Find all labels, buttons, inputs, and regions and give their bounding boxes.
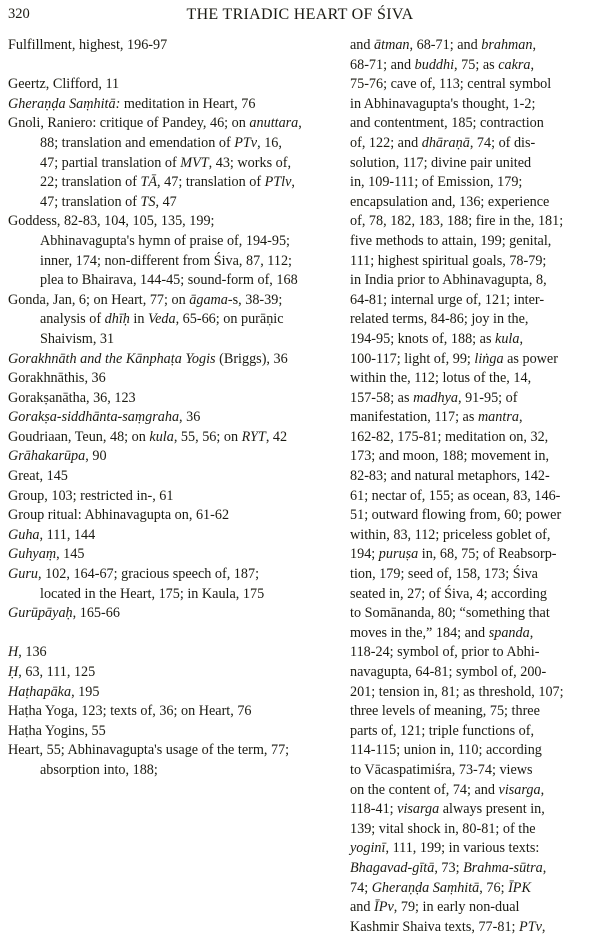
index-entry: Gorakṣa-siddhānta-saṃgraha, 36 bbox=[8, 408, 303, 428]
index-entry-line: within, 83, 112; priceless goblet of, bbox=[350, 526, 598, 546]
index-entry-line: to Vācaspatimiśra, 73-74; views bbox=[350, 761, 598, 781]
index-entry: Grāhakarūpa, 90 bbox=[8, 447, 303, 467]
index-entry-line: navagupta, 64-81; symbol of, 200- bbox=[350, 663, 598, 683]
index-entry-line: Kashmir Shaiva texts, 77-81; PTv, bbox=[350, 918, 598, 938]
index-entry: Fulfillment, highest, 196-97 bbox=[8, 36, 303, 56]
index-entry-line: 64-81; internal urge of, 121; inter- bbox=[350, 291, 598, 311]
index-entry-line: in Abhinavagupta's thought, 1-2; bbox=[350, 95, 598, 115]
index-entry-line: to Somānanda, 80; “something that bbox=[350, 604, 598, 624]
index-entry: Gorakṣanātha, 36, 123 bbox=[8, 389, 303, 409]
index-entry-line: three levels of meaning, 75; three bbox=[350, 702, 598, 722]
index-entry-line: 139; vital shock in, 80-81; of the bbox=[350, 820, 598, 840]
index-entry: Goudriaan, Teun, 48; on kula, 55, 56; on… bbox=[8, 428, 303, 448]
index-entry: H, 136 bbox=[8, 643, 303, 663]
index-entry: Geertz, Clifford, 11 bbox=[8, 75, 303, 95]
index-entry: Haṭhapāka, 195 bbox=[8, 683, 303, 703]
index-entry-line: tion, 179; seed of, 158, 173; Śiva bbox=[350, 565, 598, 585]
index-entry-line: 194; puruṣa in, 68, 75; of Reabsorp- bbox=[350, 545, 598, 565]
index-entry-line: 51; outward flowing from, 60; power bbox=[350, 506, 598, 526]
index-entry-line: 114-115; union in, 110; according bbox=[350, 741, 598, 761]
index-entry: Goddess, 82-83, 104, 105, 135, 199; Abhi… bbox=[8, 212, 303, 290]
running-title: THE TRIADIC HEART OF ŚIVA bbox=[0, 6, 600, 24]
index-entry-line: 118-24; symbol of, prior to Abhi- bbox=[350, 643, 598, 663]
index-entry-line: encapsulation and, 136; experience bbox=[350, 193, 598, 213]
index-entry-line: and contentment, 185; contraction bbox=[350, 114, 598, 134]
entry-gap bbox=[8, 56, 303, 76]
index-entry-line: in India prior to Abhinavagupta, 8, bbox=[350, 271, 598, 291]
index-entry: Haṭha Yogins, 55 bbox=[8, 722, 303, 742]
index-entry-line: in, 109-111; of Emission, 179; bbox=[350, 173, 598, 193]
index-entry: Guha, 111, 144 bbox=[8, 526, 303, 546]
index-column-right: and ātman, 68-71; and brahman,68-71; and… bbox=[350, 36, 598, 937]
index-entry-line: 118-41; visarga always present in, bbox=[350, 800, 598, 820]
page-header: 320 THE TRIADIC HEART OF ŚIVA bbox=[0, 6, 600, 26]
index-entry: Gorakhnāth and the Kānphaṭa Yogis (Brigg… bbox=[8, 350, 303, 370]
index-entry: Group, 103; restricted in-, 61 bbox=[8, 487, 303, 507]
index-entry: Gnoli, Raniero: critique of Pandey, 46; … bbox=[8, 114, 303, 212]
index-entry: Haṭha Yoga, 123; texts of, 36; on Heart,… bbox=[8, 702, 303, 722]
index-entry-line: of, 122; and dhāraṇā, 74; of dis- bbox=[350, 134, 598, 154]
index-entry: Gorakhnāthis, 36 bbox=[8, 369, 303, 389]
index-entry: Group ritual: Abhinavagupta on, 61-62 bbox=[8, 506, 303, 526]
index-entry: Gurūpāyaḥ, 165-66 bbox=[8, 604, 303, 624]
index-entry-line: parts of, 121; triple functions of, bbox=[350, 722, 598, 742]
index-entry-line: 100-117; light of, 99; liṅga as power bbox=[350, 350, 598, 370]
index-entry-line: moves in the,” 184; and spanda, bbox=[350, 624, 598, 644]
index-entry-line: and ātman, 68-71; and brahman, bbox=[350, 36, 598, 56]
index-entry: Gonda, Jan, 6; on Heart, 77; on āgama-s,… bbox=[8, 291, 303, 350]
index-column-left: Fulfillment, highest, 196-97Geertz, Clif… bbox=[8, 36, 303, 781]
index-entry: Guhyaṃ, 145 bbox=[8, 545, 303, 565]
entry-gap bbox=[8, 624, 303, 644]
index-entry-line: seated in, 27; of Śiva, 4; according bbox=[350, 585, 598, 605]
index-entry-line: related terms, 84-86; joy in the, bbox=[350, 310, 598, 330]
index-entry-line: of, 78, 182, 183, 188; fire in the, 181; bbox=[350, 212, 598, 232]
index-entry-line: on the content of, 74; and visarga, bbox=[350, 781, 598, 801]
index-entry-line: 74; Gheraṇḍa Saṃhitā, 76; ĪPK bbox=[350, 879, 598, 899]
index-entry-line: 162-82, 175-81; meditation on, 32, bbox=[350, 428, 598, 448]
index-entry-line: yoginī, 111, 199; in various texts: bbox=[350, 839, 598, 859]
index-entry-line: 194-95; knots of, 188; as kula, bbox=[350, 330, 598, 350]
index-entry-line: five methods to attain, 199; genital, bbox=[350, 232, 598, 252]
index-entry-line: 157-58; as madhya, 91-95; of bbox=[350, 389, 598, 409]
index-entry: Ḥ, 63, 111, 125 bbox=[8, 663, 303, 683]
index-entry: Heart, 55; Abhinavagupta's usage of the … bbox=[8, 741, 303, 780]
index-entry: Gheraṇḍa Saṃhitā: meditation in Heart, 7… bbox=[8, 95, 303, 115]
index-entry: Great, 145 bbox=[8, 467, 303, 487]
index-entry-line: 61; nectar of, 155; as ocean, 83, 146- bbox=[350, 487, 598, 507]
index-entry-line: 82-83; and natural metaphors, 142- bbox=[350, 467, 598, 487]
index-entry-line: 201; tension in, 81; as threshold, 107; bbox=[350, 683, 598, 703]
index-entry-line: within the, 112; lotus of the, 14, bbox=[350, 369, 598, 389]
index-entry-line: Bhagavad-gītā, 73; Brahma-sūtra, bbox=[350, 859, 598, 879]
index-entry-line: 173; and moon, 188; movement in, bbox=[350, 447, 598, 467]
index-entry: Guru, 102, 164-67; gracious speech of, 1… bbox=[8, 565, 303, 604]
index-entry-line: 68-71; and buddhi, 75; as cakra, bbox=[350, 56, 598, 76]
index-entry-line: and ĪPv, 79; in early non-dual bbox=[350, 898, 598, 918]
index-entry-line: 75-76; cave of, 113; central symbol bbox=[350, 75, 598, 95]
index-entry-line: 111; highest spiritual goals, 78-79; bbox=[350, 252, 598, 272]
index-entry-line: manifestation, 117; as mantra, bbox=[350, 408, 598, 428]
index-entry-line: solution, 117; divine pair united bbox=[350, 154, 598, 174]
